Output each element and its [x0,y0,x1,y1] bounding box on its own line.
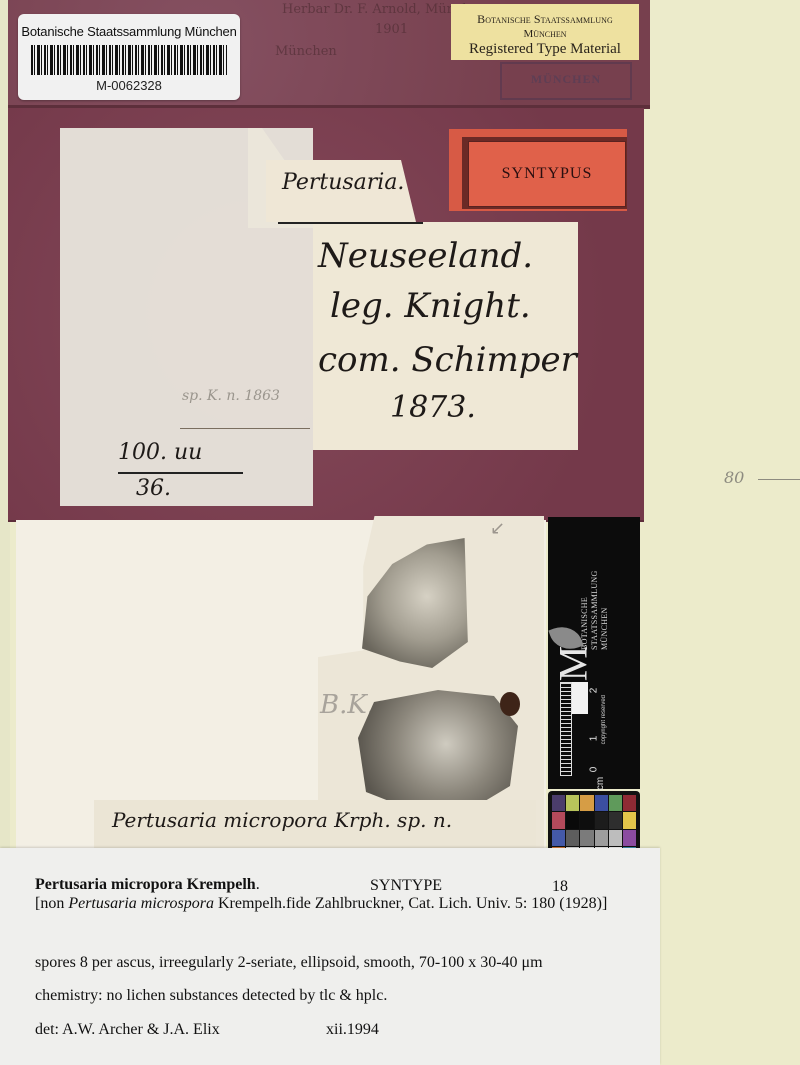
color-swatch [566,795,579,811]
chemistry-note: chemistry: no lichen substances detected… [35,987,387,1005]
color-swatch [595,812,608,828]
herbarium-stamp-line3: München [275,44,337,59]
munchen-stamp-text: MÜNCHEN [502,64,630,94]
fraction-denominator: 36. [136,476,171,501]
catalog-number: M-0062328 [18,78,240,93]
syntypus-text: SYNTYPUS [469,142,625,206]
fraction-line [118,472,243,474]
spores-description: spores 8 per ascus, irreegularly 2-seria… [35,954,543,972]
handwritten-species-name: Pertusaria micropora Krph. sp. n. [112,808,452,832]
color-swatch [566,812,579,828]
scale-label-0: 0 [588,767,599,773]
institution-line-1: BOTANISCHE [580,560,590,650]
m-logo-icon: M [549,646,596,682]
determiner: det: A.W. Archer & J.A. Elix [35,1021,220,1039]
barcode-institution: Botanische Staatssammlung München [18,24,240,39]
scale-label-2: 2 [588,688,599,694]
color-swatch [552,830,565,846]
barcode-icon [31,45,227,75]
color-swatch [552,812,565,828]
taxon-name-line: Pertusaria micropora Krempelh. [35,876,260,894]
color-swatch [595,830,608,846]
non-prefix: [non [35,895,68,912]
herbarium-stamp-line2: 1901 [375,22,408,37]
munchen-box-stamp: MÜNCHEN [500,62,632,100]
handwritten-year: 1873. [390,390,476,425]
handwritten-locality: Neuseeland. [318,236,533,276]
scale-ruler [560,682,572,776]
institution-line-3: MÜNCHEN [600,560,610,650]
taxon-period: . [256,876,260,893]
scale-unit: cm [595,777,606,790]
pencil-mark: B.K. [320,690,375,720]
color-swatch [595,795,608,811]
handwritten-collector: leg. Knight. [330,286,531,326]
color-swatch [623,830,636,846]
color-swatch [566,830,579,846]
color-swatch [580,812,593,828]
fraction-numerator: 100. uu [118,440,202,465]
sheet-pencil-line [758,479,800,480]
arrow-icon: ↙ [490,518,505,539]
institution-line-2: STAATSSAMMLUNG [590,560,600,650]
lichen-apothecium [500,692,520,716]
genus-underline [278,222,423,224]
lichen-specimen-lower [358,690,518,810]
scale-white-block [572,682,588,714]
label-number: 18 [552,878,568,896]
color-swatch [609,830,622,846]
sheet-pencil-number: 80 [724,468,744,487]
color-swatch [552,795,565,811]
handwritten-genus: Pertusaria. [282,170,404,195]
color-swatch [580,830,593,846]
type-label-title: Registered Type Material [451,41,639,58]
color-bar-institution: BOTANISCHE STAATSSAMMLUNG MÜNCHEN [580,560,640,650]
syntype-status: SYNTYPE [370,877,442,895]
syntypus-label: SYNTYPUS [468,141,626,207]
type-label-city: München [451,28,639,40]
registered-type-label: Botanische Staatssammlung München Regist… [451,4,639,60]
synonym-note: [non Pertusaria microspora Krempelh.fide… [35,895,645,913]
taxon-name: Pertusaria micropora Krempelh [35,876,256,893]
type-label-institution: Botanische Staatssammlung [451,12,639,27]
color-swatch [580,795,593,811]
color-swatch [623,812,636,828]
color-swatch [609,795,622,811]
color-swatch [609,812,622,828]
pencil-note: sp. K. n. 1863 [182,388,280,404]
non-taxon: Pertusaria microspora [68,895,214,912]
annotation-label: Pertusaria micropora Krempelh. SYNTYPE 1… [0,848,660,1065]
handwritten-communicator: com. Schimper [318,340,577,380]
scale-label-1: 1 [588,736,599,742]
barcode-label: Botanische Staatssammlung München M-0062… [18,14,240,100]
non-citation: Krempelh.fide Zahlbruckner, Cat. Lich. U… [214,895,607,912]
color-swatch [623,795,636,811]
determination-date: xii.1994 [326,1021,379,1039]
copyright-text: copyright reserved [601,695,607,744]
pencil-underline [180,428,310,429]
